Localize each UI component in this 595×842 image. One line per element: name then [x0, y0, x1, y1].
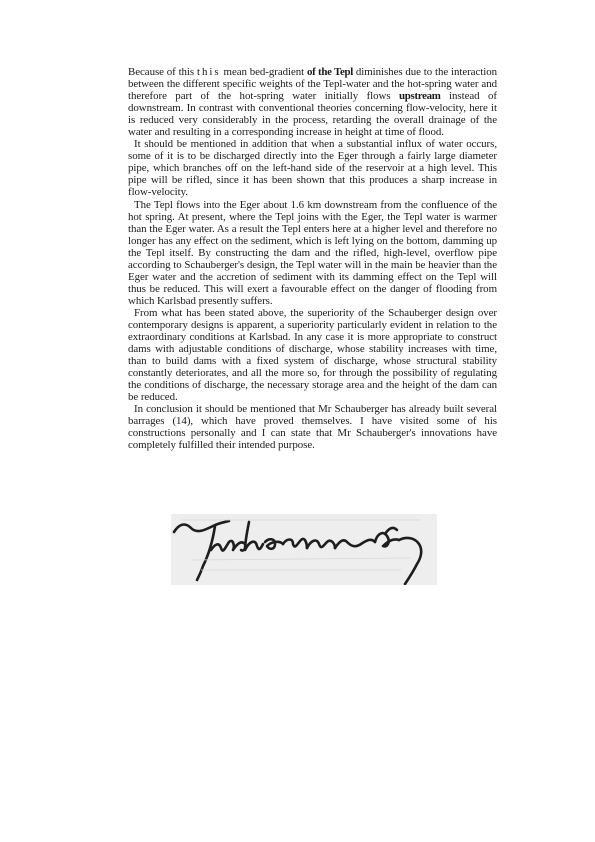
signature-image — [171, 514, 437, 585]
p1-seg-1: this — [197, 66, 221, 78]
paragraph-3: The Tepl flows into the Eger about 1.6 k… — [128, 199, 497, 307]
p1-bold-tepl: of the Tepl — [307, 66, 353, 78]
paragraph-1: Because of this this mean bed-gradient o… — [128, 66, 497, 138]
paragraph-5: In conclusion it should be mentioned tha… — [128, 403, 497, 451]
p1-seg-0: Because of this — [128, 66, 197, 78]
handwritten-signature-icon — [171, 514, 437, 585]
p1-seg-2: mean bed-gradient — [221, 66, 307, 78]
paragraph-4: From what has been stated above, the sup… — [128, 307, 497, 403]
document-page: Because of this this mean bed-gradient o… — [0, 0, 595, 842]
paragraph-2: It should be mentioned in addition that … — [128, 138, 497, 198]
body-text: Because of this this mean bed-gradient o… — [128, 66, 497, 452]
p1-bold-upstream: upstream — [399, 90, 441, 102]
